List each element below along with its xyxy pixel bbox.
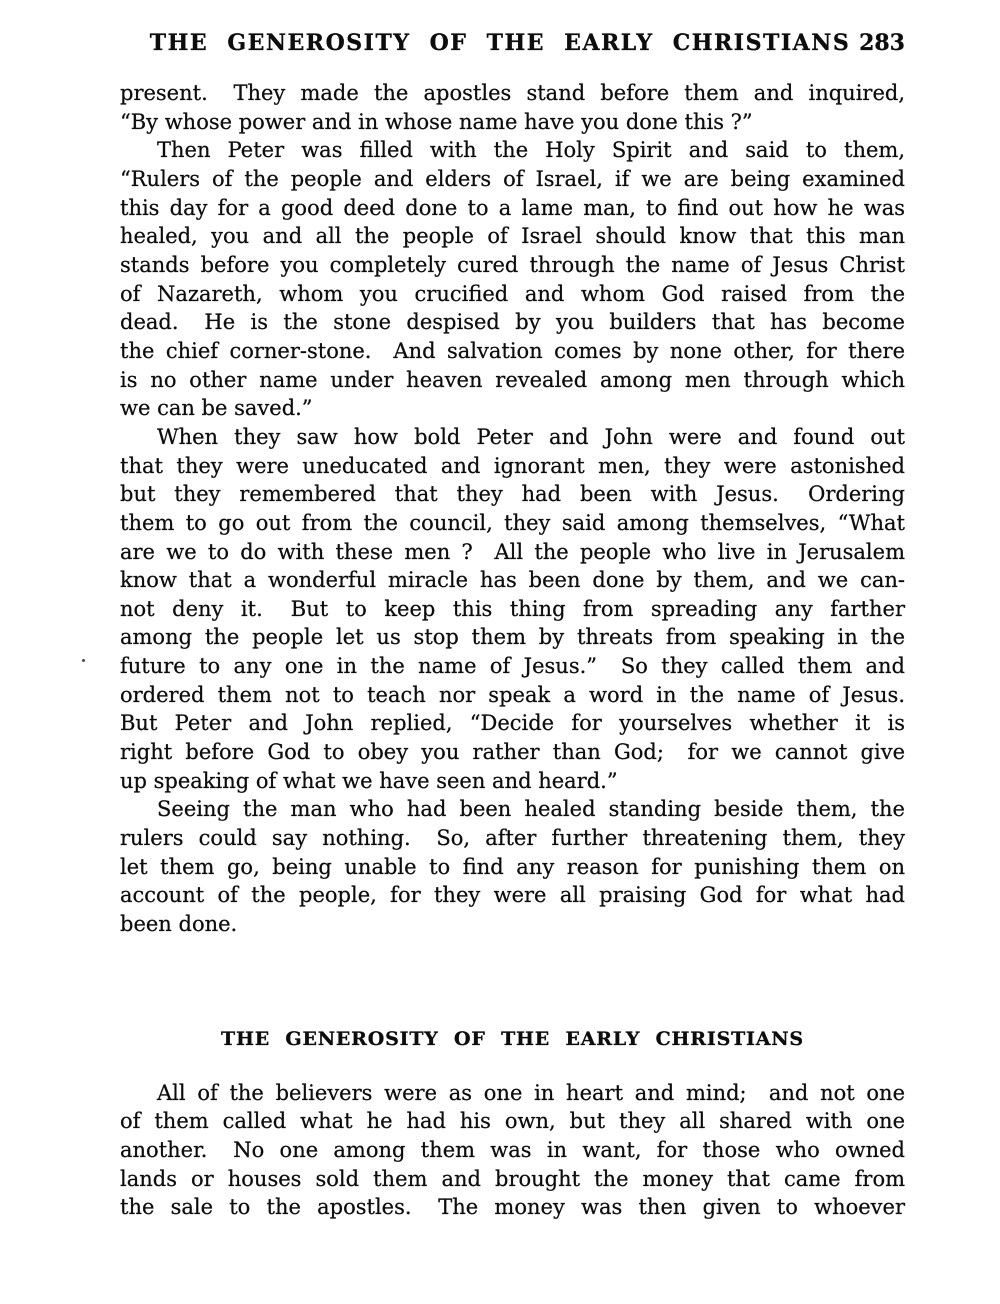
text-line: rulers could say nothing. So, after furt…	[120, 824, 905, 853]
text-line: let them go, being unable to find any re…	[120, 853, 905, 882]
text-line: this day for a good deed done to a lame …	[120, 194, 905, 223]
text-line: but they remembered that they had been w…	[120, 480, 905, 509]
text-line: stands before you completely cured throu…	[120, 251, 905, 280]
text-line: not deny it. But to keep this thing from…	[120, 595, 905, 624]
text-line: But Peter and John replied, “Decide for …	[120, 709, 905, 738]
text-line: among the people let us stop them by thr…	[120, 623, 905, 652]
paragraph: Then Peter was filled with the Holy Spir…	[120, 136, 905, 423]
text-line: the chief corner-stone. And salvation co…	[120, 337, 905, 366]
text-line: Seeing the man who had been healed stand…	[120, 795, 905, 824]
text-line: know that a wonderful miracle has been d…	[120, 566, 905, 595]
text-line: are we to do with these men ? All the pe…	[120, 538, 905, 567]
text-block: present. They made the apostles stand be…	[120, 79, 905, 1222]
section-heading: THE GENEROSITY OF THE EARLY CHRISTIANS	[120, 1027, 905, 1051]
text-line: present. They made the apostles stand be…	[120, 79, 905, 108]
paragraph: Seeing the man who had been healed stand…	[120, 795, 905, 938]
text-line: that they were uneducated and ignorant m…	[120, 452, 905, 481]
book-page: THE GENEROSITY OF THE EARLY CHRISTIANS 2…	[0, 0, 1000, 1304]
text-line: dead. He is the stone despised by you bu…	[120, 308, 905, 337]
paragraph: All of the believers were as one in hear…	[120, 1079, 905, 1222]
running-header: THE GENEROSITY OF THE EARLY CHRISTIANS 2…	[0, 30, 1000, 58]
text-line: of them called what he had his own, but …	[120, 1107, 905, 1136]
text-line: them to go out from the council, they sa…	[120, 509, 905, 538]
text-line: future to any one in the name of Jesus.”…	[120, 652, 905, 681]
paragraph: present. They made the apostles stand be…	[120, 79, 905, 136]
scan-artifact-dot	[82, 659, 85, 662]
text-line: the sale to the apostles. The money was …	[120, 1193, 905, 1222]
running-header-title: THE GENEROSITY OF THE EARLY CHRISTIANS	[0, 30, 1000, 56]
text-line: we can be saved.”	[120, 394, 905, 423]
text-line: been done.	[120, 910, 905, 939]
text-line: “By whose power and in whose name have y…	[120, 108, 905, 137]
text-line: All of the believers were as one in hear…	[120, 1079, 905, 1108]
text-line: “Rulers of the people and elders of Isra…	[120, 165, 905, 194]
text-line: another. No one among them was in want, …	[120, 1136, 905, 1165]
text-line: healed, you and all the people of Israel…	[120, 222, 905, 251]
text-line: is no other name under heaven revealed a…	[120, 366, 905, 395]
text-line: account of the people, for they were all…	[120, 881, 905, 910]
paragraph: When they saw how bold Peter and John we…	[120, 423, 905, 796]
page-number: 283	[859, 30, 905, 56]
text-line: up speaking of what we have seen and hea…	[120, 767, 905, 796]
text-line: ordered them not to teach nor speak a wo…	[120, 681, 905, 710]
text-line: of Nazareth, whom you crucified and whom…	[120, 280, 905, 309]
text-line: lands or houses sold them and brought th…	[120, 1165, 905, 1194]
text-line: Then Peter was filled with the Holy Spir…	[120, 136, 905, 165]
text-line: right before God to obey you rather than…	[120, 738, 905, 767]
text-line: When they saw how bold Peter and John we…	[120, 423, 905, 452]
